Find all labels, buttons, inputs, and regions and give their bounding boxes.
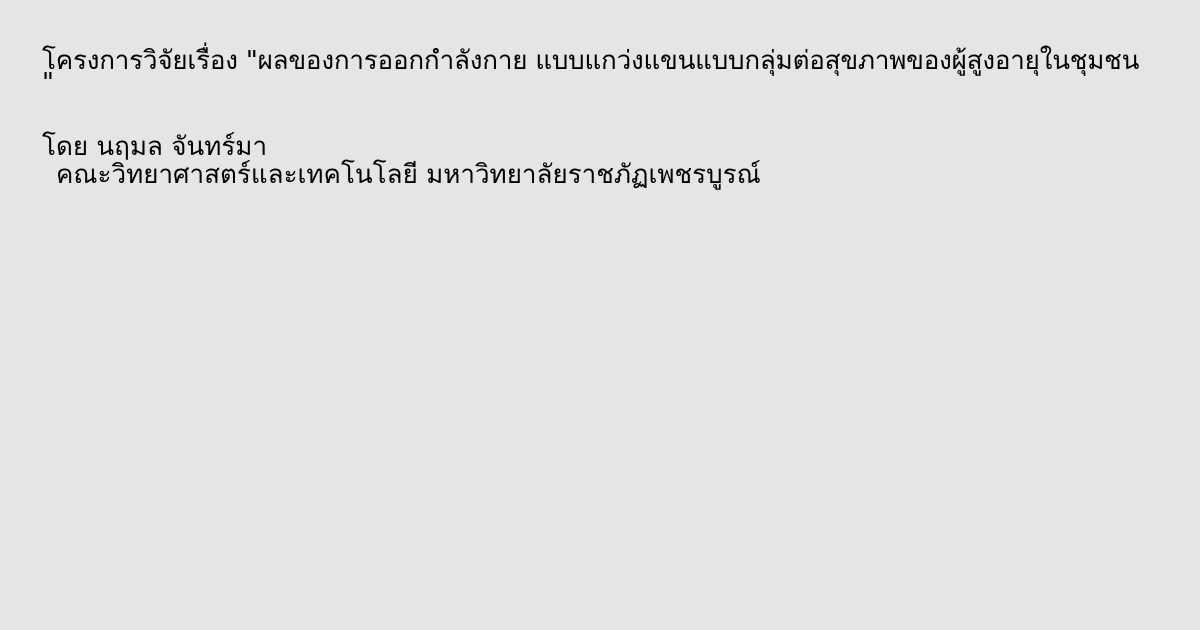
research-title-closing-quote: " bbox=[42, 78, 1182, 90]
research-title-text: โครงการวิจัยเรื่อง "ผลของการออกกำลังกาย … bbox=[42, 46, 1139, 76]
research-title: โครงการวิจัยเรื่อง "ผลของการออกกำลังกาย … bbox=[42, 44, 1182, 90]
author-line: โดย นฤมล จันทร์มา bbox=[42, 132, 267, 162]
affiliation-line: คณะวิทยาศาสตร์และเทคโนโลยี มหาวิทยาลัยรา… bbox=[56, 160, 761, 190]
